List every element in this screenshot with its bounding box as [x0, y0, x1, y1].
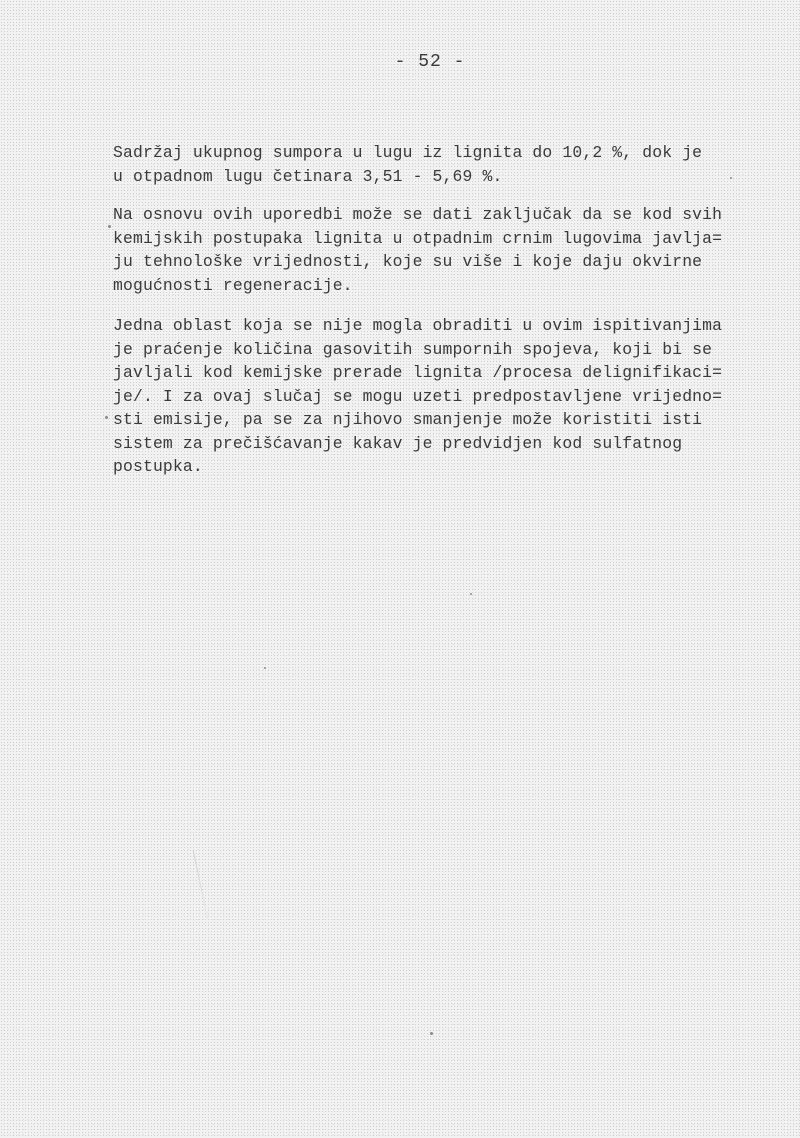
text-line: Na osnovu ovih uporedbi može se dati zak…	[113, 203, 793, 227]
text-line: sti emisije, pa se za njihovo smanjenje …	[113, 408, 793, 432]
text-line: Jedna oblast koja se nije mogla obraditi…	[113, 314, 793, 338]
text-line: je praćenje količina gasovitih sumpornih…	[113, 338, 793, 362]
text-line: je/. I za ovaj slučaj se mogu uzeti pred…	[113, 385, 793, 409]
scan-speck	[430, 1032, 433, 1035]
paragraph-sulfur-content: Sadržaj ukupnog sumpora u lugu iz lignit…	[113, 141, 793, 188]
text-line: javljali kod kemijske prerade lignita /p…	[113, 361, 793, 385]
scan-scratch	[193, 851, 209, 920]
page-number: - 52 -	[30, 52, 800, 72]
scan-speck	[470, 593, 472, 595]
text-line: mogućnosti regeneracije.	[113, 274, 793, 298]
text-line: u otpadnom lugu četinara 3,51 - 5,69 %.	[113, 165, 793, 189]
scan-speck	[105, 416, 108, 419]
text-line: sistem za prečišćavanje kakav je predvid…	[113, 432, 793, 456]
text-line: Sadržaj ukupnog sumpora u lugu iz lignit…	[113, 141, 793, 165]
paragraph-conclusion: Na osnovu ovih uporedbi može se dati zak…	[113, 203, 793, 297]
text-line: postupka.	[113, 455, 793, 479]
paragraph-gas-emissions: Jedna oblast koja se nije mogla obraditi…	[113, 314, 793, 479]
text-line: kemijskih postupaka lignita u otpadnim c…	[113, 227, 793, 251]
scan-speck	[108, 225, 111, 228]
scan-speck	[730, 177, 732, 179]
text-line: ju tehnološke vrijednosti, koje su više …	[113, 250, 793, 274]
scan-speck	[264, 667, 266, 669]
